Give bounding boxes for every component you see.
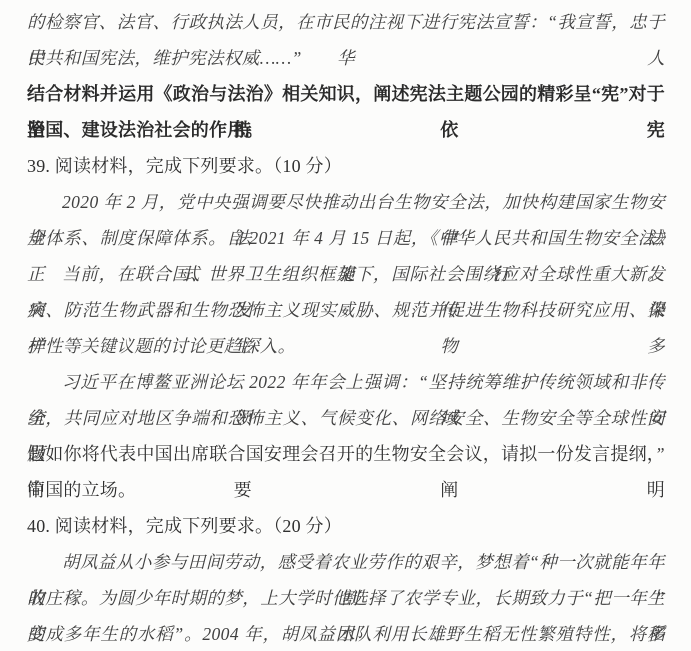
document-line: 40. 阅读材料，完成下列要求。（20 分） [27,508,665,544]
document-line: 当前，在联合国、世界卫生组织框架下，国际社会围绕应对全球性重大新发突发传染 [27,256,665,292]
document-line: 胡凤益从小参与田间劳动，感受着农业劳作的艰辛，梦想着“种一次就能年年收割” [27,544,665,580]
document-line: 习近平在博鳌亚洲论坛 2022 年年会上强调：“坚持统筹维护传统领域和非传统领域… [27,364,665,400]
document-body: 的检察官、法官、行政执法人员，在市民的注视下进行宪法宣誓：“我宣誓，忠于中华人民… [27,4,665,651]
document-line: 变成多年生的水稻”。2004 年，胡凤益团队利用长雄野生稻无性繁殖特性，将多年生… [27,616,665,651]
document-line: 结合材料并运用《政治与法治》相关知识，阐述宪法主题公园的精彩呈“宪”对于坚持依宪 [27,76,665,112]
document-line: 2020 年 2 月，党中央强调要尽快推动出台生物安全法，加快构建国家生物安全法… [27,184,665,220]
document-line: 病、防范生物武器和生物恐怖主义现实威胁、规范并促进生物科技研究应用、保护生物多 [27,292,665,328]
document-line: 39. 阅读材料，完成下列要求。（10 分） [27,148,665,184]
exam-paper-page: 的检察官、法官、行政执法人员，在市民的注视下进行宪法宣誓：“我宣誓，忠于中华人民… [0,0,691,651]
document-line: 规体系、制度保障体系。自 2021 年 4 月 15 日起，《中华人民共和国生物… [27,220,665,256]
document-line: 假如你将代表中国出席联合国安理会召开的生物安全会议，请拟一份发言提纲，简要阐明 [27,436,665,472]
document-line: 的庄稼。为圆少年时期的梦，上大学时他选择了农学专业，长期致力于“把一年生的水稻 [27,580,665,616]
document-line: 全，共同应对地区争端和恐怖主义、气候变化、网络安全、生物安全等全球性问题．” [27,400,665,436]
document-line: 的检察官、法官、行政执法人员，在市民的注视下进行宪法宣誓：“我宣誓，忠于中华人 [27,4,665,40]
